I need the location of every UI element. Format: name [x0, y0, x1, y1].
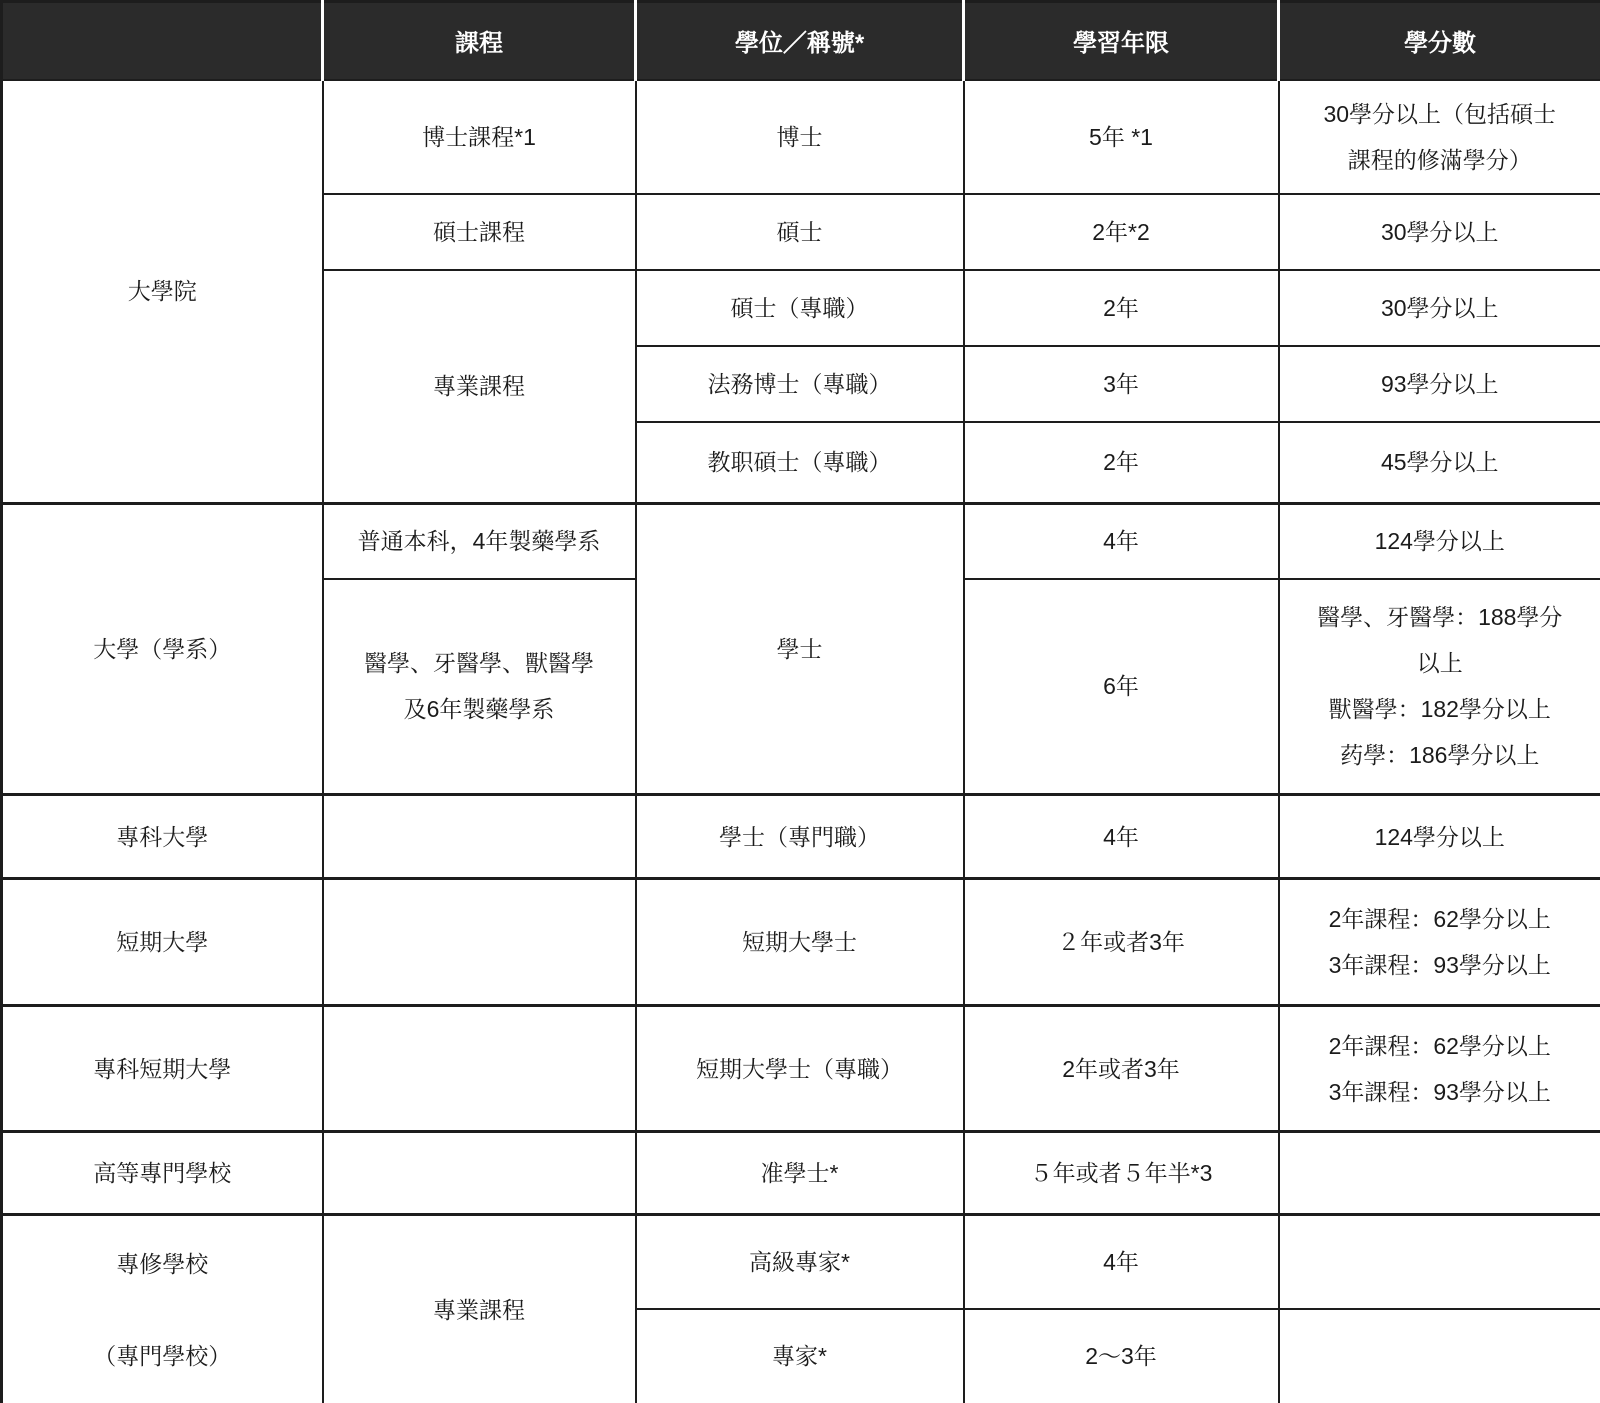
credits-cell: 30學分以上: [1279, 194, 1600, 270]
course-cell: 博士課程*1: [323, 80, 636, 194]
years-cell: 6年: [964, 579, 1279, 795]
degree-cell: 專家*: [636, 1309, 964, 1403]
credits-cell: [1279, 1132, 1600, 1215]
years-cell: 4年: [964, 1215, 1279, 1309]
header-course: 課程: [323, 2, 636, 80]
degree-cell: 碩士（專職）: [636, 270, 964, 346]
course-cell: 專業課程: [323, 1215, 636, 1403]
degree-cell: 准學士*: [636, 1132, 964, 1215]
table-row: 短期大學 短期大學士 ２年或者3年 2年課程：62學分以上 3年課程：93學分以…: [2, 879, 1600, 1006]
table-row: 大學院 博士課程*1 博士 5年 *1 30學分以上（包括碩士 課程的修滿學分）: [2, 80, 1600, 194]
years-cell: 5年 *1: [964, 80, 1279, 194]
header-degree: 學位／稱號*: [636, 2, 964, 80]
credits-cell: 124學分以上: [1279, 795, 1600, 879]
header-blank: [2, 2, 323, 80]
table-row: 高等專門學校 准學士* ５年或者５年半*3: [2, 1132, 1600, 1215]
degree-cell: 學士（專門職）: [636, 795, 964, 879]
credits-cell: 45學分以上: [1279, 422, 1600, 504]
years-cell: 2年: [964, 422, 1279, 504]
course-cell: 普通本科，4年製藥學系: [323, 504, 636, 579]
course-cell: 碩士課程: [323, 194, 636, 270]
degree-cell: 短期大學士: [636, 879, 964, 1006]
degree-cell: 學士: [636, 504, 964, 795]
credits-cell: 30學分以上: [1279, 270, 1600, 346]
header-row: 課程 學位／稱號* 學習年限 學分數: [2, 2, 1600, 80]
credits-cell: 2年課程：62學分以上 3年課程：93學分以上: [1279, 879, 1600, 1006]
years-cell: 2～3年: [964, 1309, 1279, 1403]
years-cell: 3年: [964, 346, 1279, 422]
degree-cell: 教职碩士（專職）: [636, 422, 964, 504]
education-system-table: 課程 學位／稱號* 學習年限 學分數 大學院 博士課程*1 博士 5年 *1 3…: [0, 0, 1600, 1403]
credits-cell: 2年課程：62學分以上 3年課程：93學分以上: [1279, 1006, 1600, 1132]
header-years: 學習年限: [964, 2, 1279, 80]
credits-cell: [1279, 1309, 1600, 1403]
credits-cell: 124學分以上: [1279, 504, 1600, 579]
years-cell: 4年: [964, 504, 1279, 579]
school-cell: 專修學校 （專門學校）: [2, 1215, 323, 1403]
course-cell: [323, 1006, 636, 1132]
degree-cell: 法務博士（專職）: [636, 346, 964, 422]
table-row: 大學（學系） 普通本科，4年製藥學系 學士 4年 124學分以上: [2, 504, 1600, 579]
page: 課程 學位／稱號* 學習年限 學分數 大學院 博士課程*1 博士 5年 *1 3…: [0, 0, 1600, 1403]
school-cell: 大學院: [2, 80, 323, 504]
degree-cell: 博士: [636, 80, 964, 194]
course-cell: [323, 879, 636, 1006]
credits-cell: 醫學、牙醫學：188學分 以上 獸醫學：182學分以上 药學：186學分以上: [1279, 579, 1600, 795]
credits-cell: 30學分以上（包括碩士 課程的修滿學分）: [1279, 80, 1600, 194]
course-cell: 專業課程: [323, 270, 636, 504]
years-cell: ５年或者５年半*3: [964, 1132, 1279, 1215]
years-cell: 2年或者3年: [964, 1006, 1279, 1132]
years-cell: ２年或者3年: [964, 879, 1279, 1006]
degree-cell: 高級專家*: [636, 1215, 964, 1309]
course-cell: [323, 1132, 636, 1215]
table-row: 專修學校 （專門學校） 專業課程 高級專家* 4年: [2, 1215, 1600, 1309]
course-cell: [323, 795, 636, 879]
credits-cell: 93學分以上: [1279, 346, 1600, 422]
degree-cell: 碩士: [636, 194, 964, 270]
header-credits: 學分數: [1279, 2, 1600, 80]
table-row: 專科短期大學 短期大學士（專職） 2年或者3年 2年課程：62學分以上 3年課程…: [2, 1006, 1600, 1132]
course-cell: 醫學、牙醫學、獸醫學 及6年製藥學系: [323, 579, 636, 795]
school-cell: 高等專門學校: [2, 1132, 323, 1215]
degree-cell: 短期大學士（專職）: [636, 1006, 964, 1132]
years-cell: 2年: [964, 270, 1279, 346]
school-cell: 專科短期大學: [2, 1006, 323, 1132]
school-cell: 專科大學: [2, 795, 323, 879]
school-cell: 大學（學系）: [2, 504, 323, 795]
years-cell: 2年*2: [964, 194, 1279, 270]
school-cell: 短期大學: [2, 879, 323, 1006]
years-cell: 4年: [964, 795, 1279, 879]
table-row: 專科大學 學士（專門職） 4年 124學分以上: [2, 795, 1600, 879]
credits-cell: [1279, 1215, 1600, 1309]
